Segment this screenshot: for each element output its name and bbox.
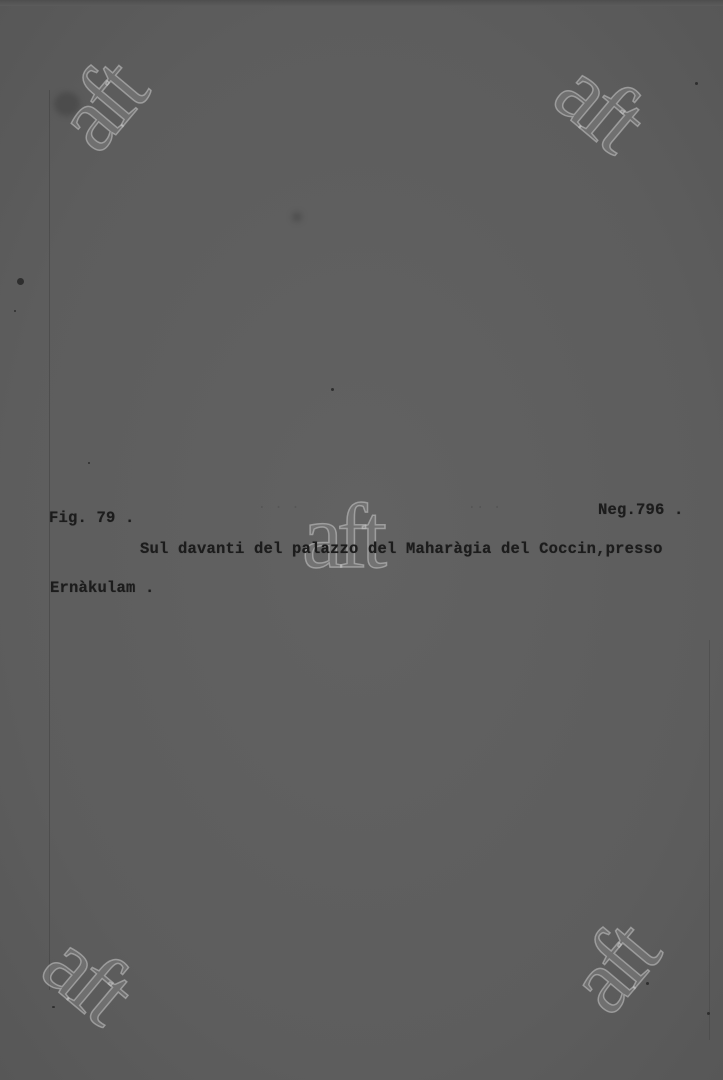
caption-line-1: Sul davanti del palazzo del Maharàgia de…	[140, 540, 663, 558]
speck	[695, 82, 698, 85]
figure-label: Fig. 79 .	[49, 509, 135, 527]
negative-label: Neg.796 .	[598, 501, 684, 519]
speck	[14, 310, 16, 312]
watermark-bottom-right: aft	[551, 908, 672, 1028]
speck	[17, 278, 24, 285]
speck	[646, 982, 649, 985]
caption-line-2: Ernàkulam .	[50, 579, 155, 597]
speck	[331, 388, 334, 391]
fold-line	[49, 90, 50, 990]
bleed-through-text: · · · ·· ·	[140, 500, 501, 516]
fold-line	[709, 640, 710, 1040]
watermark-bottom-left: aft	[28, 915, 148, 1036]
speck	[707, 1012, 710, 1015]
smudge	[54, 92, 80, 116]
smudge	[292, 212, 302, 222]
watermark-top-right: aft	[540, 43, 660, 164]
speck	[88, 462, 90, 464]
archival-card: · · · ·· · aft aft aft aft aft Fig. 79 .…	[0, 0, 723, 1080]
card-top-edge	[0, 0, 723, 6]
speck	[52, 1006, 55, 1008]
